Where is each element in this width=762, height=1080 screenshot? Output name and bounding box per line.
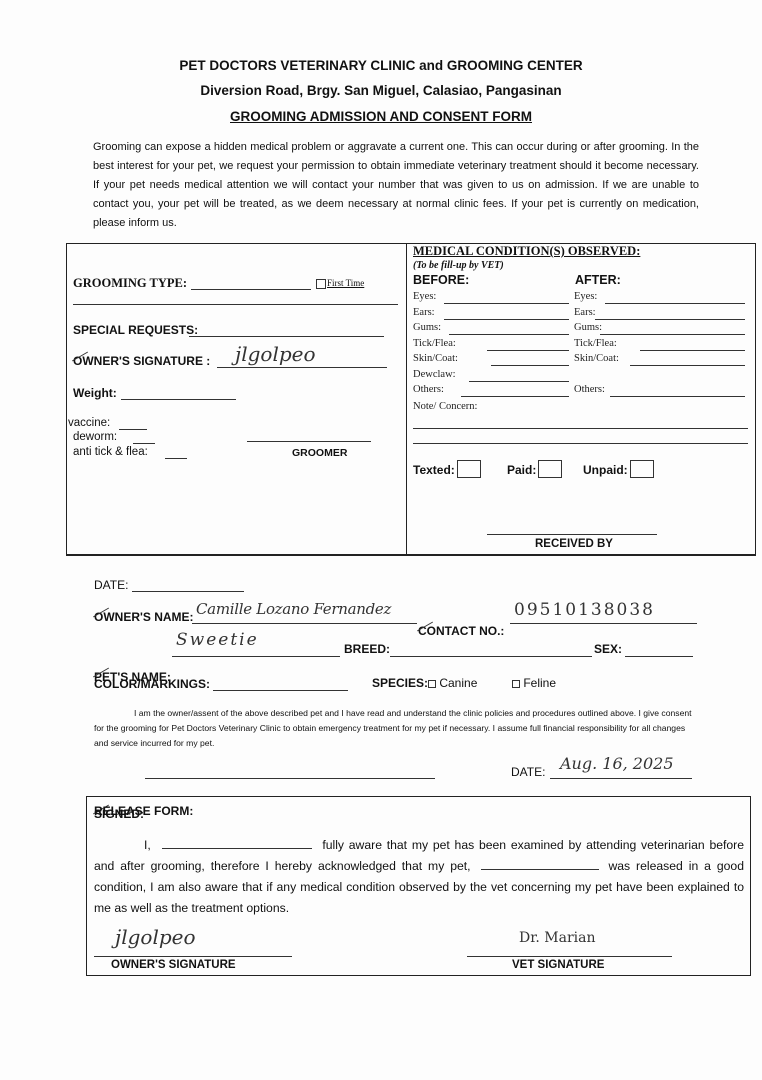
before-field-label: Dewclaw: (413, 369, 456, 380)
vet-signature-label: VET SIGNATURE (512, 959, 604, 971)
release-form-box: RELEASE FORM: I, fully aware that my pet… (86, 796, 751, 976)
before-field-line[interactable] (449, 333, 569, 335)
deworm-field[interactable] (133, 442, 155, 444)
intro-paragraph: Grooming can expose a hidden medical pro… (93, 138, 699, 233)
weight-field[interactable] (121, 398, 236, 400)
anti-tick-flea-label: anti tick & flea: (73, 446, 148, 458)
unpaid-label: Unpaid: (583, 463, 628, 477)
feline-label: Feline (523, 676, 556, 690)
vet-signature-field[interactable] (467, 955, 672, 957)
vaccine-label: vaccine: (68, 417, 110, 429)
grooming-type-field[interactable] (191, 288, 311, 290)
color-markings-field[interactable] (213, 689, 348, 691)
after-field-label: Others: (574, 384, 605, 395)
clinic-address: Diversion Road, Brgy. San Miguel, Calasi… (0, 83, 762, 98)
after-field-line[interactable] (640, 349, 745, 351)
breed-label: BREED: (344, 642, 390, 656)
after-field-line[interactable] (600, 333, 745, 335)
after-field-label: Ears: (574, 307, 596, 318)
contact-field[interactable] (510, 622, 697, 624)
consent-paragraph: I am the owner/assent of the above descr… (94, 706, 698, 751)
unpaid-checkbox[interactable] (630, 460, 654, 478)
weight-label: Weight: (73, 386, 117, 400)
color-markings-label: COLOR/MARKINGS: (94, 677, 210, 691)
medical-condition-box: MEDICAL CONDITION(S) OBSERVED: (To be fi… (406, 243, 756, 556)
release-title: RELEASE FORM: (94, 804, 193, 818)
release-owner-signature-field[interactable] (94, 955, 292, 957)
received-by-field[interactable] (487, 533, 657, 535)
before-field-label: Skin/Coat: (413, 353, 458, 364)
note-concern-label: Note/ Concern: (413, 401, 477, 412)
after-field-line[interactable] (605, 302, 745, 304)
consent-date-field[interactable] (550, 777, 692, 779)
note-line-1[interactable] (413, 427, 748, 429)
after-field-line[interactable] (630, 364, 745, 366)
texted-checkbox[interactable] (457, 460, 481, 478)
after-field-label: Tick/Flea: (574, 338, 617, 349)
before-field-label: Gums: (413, 322, 441, 333)
contact-handwriting: 09510138038 (514, 600, 655, 620)
consent-date-label: DATE: (511, 765, 545, 779)
groomer-signature-field[interactable] (247, 440, 371, 442)
special-requests-field[interactable] (189, 335, 384, 337)
before-label: BEFORE: (413, 273, 469, 287)
release-owner-signature-handwriting: jlgolpeo (115, 925, 196, 949)
release-owner-name-field[interactable] (162, 837, 312, 849)
sex-field[interactable] (625, 655, 693, 657)
owner-name-field[interactable] (192, 622, 417, 624)
after-field-line[interactable] (595, 318, 745, 320)
after-field-line[interactable] (610, 395, 745, 397)
before-field-line[interactable] (487, 349, 569, 351)
signed-field[interactable] (145, 777, 435, 779)
release-owner-signature-label: OWNER'S SIGNATURE (111, 959, 236, 971)
canine-checkbox[interactable] (428, 680, 436, 688)
before-field-label: Ears: (413, 307, 435, 318)
date-label: DATE: (94, 578, 128, 592)
species-label: SPECIES: (372, 676, 428, 690)
sex-label: SEX: (594, 642, 622, 656)
texted-label: Texted: (413, 463, 455, 477)
release-text-1: I, (94, 838, 151, 852)
medical-subtitle: (To be fill-up by VET) (413, 260, 504, 271)
paid-checkbox[interactable] (538, 460, 562, 478)
before-field-label: Tick/Flea: (413, 338, 456, 349)
grooming-type-extra-line[interactable] (73, 303, 398, 305)
first-time-checkbox[interactable] (316, 279, 326, 289)
groomer-label: GROOMER (292, 447, 347, 459)
unpaid-field[interactable]: Unpaid: (583, 460, 654, 478)
before-field-label: Eyes: (413, 291, 436, 302)
note-line-2[interactable] (413, 442, 748, 444)
release-pet-name-field[interactable] (481, 858, 599, 870)
vaccine-field[interactable] (119, 428, 147, 430)
date-field[interactable] (132, 590, 244, 592)
species-feline-option[interactable]: Feline (512, 676, 556, 690)
species-canine-option[interactable]: Canine (428, 676, 477, 690)
form-title: GROOMING ADMISSION AND CONSENT FORM (0, 109, 762, 124)
before-field-line[interactable] (444, 302, 569, 304)
vet-signature-handwriting: Dr. Marian (519, 930, 596, 946)
after-label: AFTER: (575, 273, 621, 287)
grooming-box: GROOMING TYPE: First Time SPECIAL REQUES… (66, 243, 407, 556)
owner-name-handwriting: Camille Lozano Fernandez (196, 600, 391, 618)
owner-signature-handwriting: jlgolpeo (235, 342, 316, 366)
feline-checkbox[interactable] (512, 680, 520, 688)
deworm-label: deworm: (73, 431, 117, 443)
before-field-label: Others: (413, 384, 444, 395)
before-field-line[interactable] (444, 318, 569, 320)
owner-signature-field[interactable] (217, 366, 387, 368)
pet-name-handwriting: Sweetie (176, 630, 259, 650)
grooming-type-label: GROOMING TYPE: (73, 276, 187, 291)
texted-field[interactable]: Texted: (413, 460, 481, 478)
contact-label: CONTACT NO.: (418, 624, 762, 638)
paid-field[interactable]: Paid: (507, 460, 562, 478)
first-time-label: First Time (327, 278, 364, 288)
paid-label: Paid: (507, 463, 536, 477)
before-field-line[interactable] (461, 395, 569, 397)
consent-date-handwriting: Aug. 16, 2025 (560, 754, 674, 773)
release-paragraph: I, fully aware that my pet has been exam… (94, 835, 744, 919)
pet-name-field[interactable] (172, 655, 340, 657)
canine-label: Canine (439, 676, 477, 690)
medical-title: MEDICAL CONDITION(S) OBSERVED: (413, 244, 640, 259)
after-field-label: Gums: (574, 322, 602, 333)
breed-field[interactable] (390, 655, 592, 657)
anti-tick-flea-field[interactable] (165, 457, 187, 459)
special-requests-label: SPECIAL REQUESTS: (73, 323, 198, 337)
before-field-line[interactable] (491, 364, 569, 366)
clinic-name: PET DOCTORS VETERINARY CLINIC and GROOMI… (0, 58, 762, 73)
received-by-label: RECEIVED BY (535, 538, 613, 550)
after-field-label: Eyes: (574, 291, 597, 302)
after-field-label: Skin/Coat: (574, 353, 619, 364)
before-field-line[interactable] (469, 380, 569, 382)
